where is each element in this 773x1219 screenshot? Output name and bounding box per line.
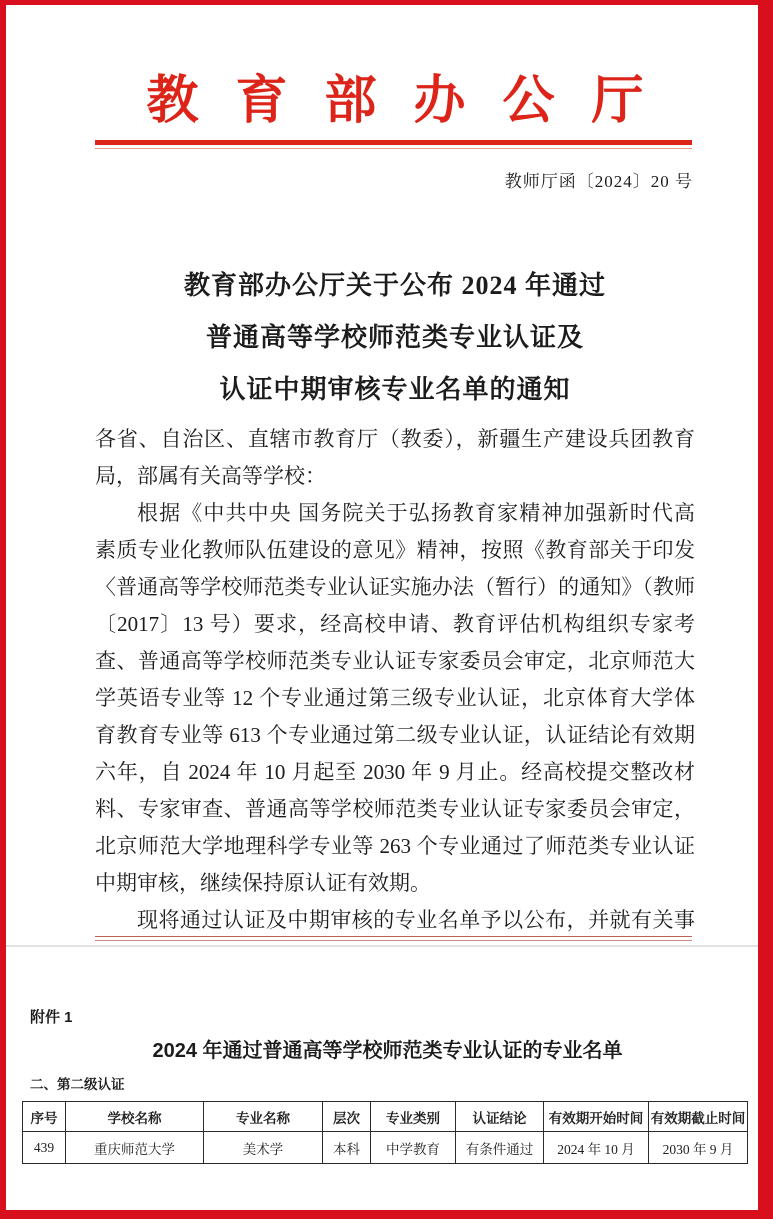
doc-number: 教师厅函〔2024〕20 号 <box>505 167 693 192</box>
cell-index: 439 <box>23 1132 66 1164</box>
page-footer-rule <box>95 936 692 941</box>
cell-major: 美术学 <box>204 1132 323 1164</box>
document-page: 教 育 部 办 公 厅 教师厅函〔2024〕20 号 教育部办公厅关于公布 20… <box>0 0 773 1219</box>
certification-table: 序号 学校名称 专业名称 层次 专业类别 认证结论 有效期开始时间 有效期截止时… <box>22 1101 748 1164</box>
body-line: 根据《中共中央 国务院关于弘扬教育家精神加强新时代高 <box>95 495 695 532</box>
page-frame-right <box>758 0 773 1219</box>
cell-level: 本科 <box>323 1132 371 1164</box>
notice-title-line-1: 教育部办公厅关于公布 2024 年通过 <box>85 260 705 312</box>
col-header-major: 专业名称 <box>204 1102 323 1132</box>
body-line: 查、普通高等学校师范类专业认证专家委员会审定，北京师范大 <box>95 643 695 680</box>
notice-title-line-2: 普通高等学校师范类专业认证及 <box>85 312 705 364</box>
page-frame-bottom <box>0 1210 773 1219</box>
body-line: 中期审核，继续保持原认证有效期。 <box>95 865 695 902</box>
body-line: 〈普通高等学校师范类专业认证实施办法（暂行）的通知》（教师 <box>95 569 695 606</box>
notice-title: 教育部办公厅关于公布 2024 年通过 普通高等学校师范类专业认证及 认证中期审… <box>85 260 705 416</box>
col-header-level: 层次 <box>323 1102 371 1132</box>
body-line: 育教育专业等 613 个专业通过第二级专业认证，认证结论有效期 <box>95 717 695 754</box>
attachment-section-heading: 二、第二级认证 <box>30 1073 125 1093</box>
letterhead-rule <box>95 140 692 149</box>
col-header-school: 学校名称 <box>66 1102 204 1132</box>
cell-category: 中学教育 <box>371 1132 456 1164</box>
body-line: 素质专业化教师队伍建设的意见》精神，按照《教育部关于印发 <box>95 532 695 569</box>
body-line: 料、专家审查、普通高等学校师范类专业认证专家委员会审定， <box>95 791 695 828</box>
attachment-title: 2024 年通过普通高等学校师范类专业认证的专业名单 <box>30 1034 745 1063</box>
col-header-index: 序号 <box>23 1102 66 1132</box>
notice-body: 各省、自治区、直辖市教育厅（教委），新疆生产建设兵团教育 局，部属有关高等学校：… <box>95 421 695 939</box>
page-break-divider <box>6 945 758 947</box>
body-line: 北京师范大学地理科学专业等 263 个专业通过了师范类专业认证 <box>95 828 695 865</box>
table-header-row: 序号 学校名称 专业名称 层次 专业类别 认证结论 有效期开始时间 有效期截止时… <box>23 1102 748 1132</box>
body-line: 六年，自 2024 年 10 月起至 2030 年 9 月止。经高校提交整改材 <box>95 754 695 791</box>
attachment-label: 附件 1 <box>30 1006 73 1027</box>
col-header-valid-start: 有效期开始时间 <box>544 1102 649 1132</box>
cell-conclusion: 有条件通过 <box>456 1132 544 1164</box>
cell-school: 重庆师范大学 <box>66 1132 204 1164</box>
cell-valid-end: 2030 年 9 月 <box>649 1132 748 1164</box>
cell-valid-start: 2024 年 10 月 <box>544 1132 649 1164</box>
body-line: 局，部属有关高等学校： <box>95 458 695 495</box>
table-row: 439 重庆师范大学 美术学 本科 中学教育 有条件通过 2024 年 10 月… <box>23 1132 748 1164</box>
body-line: 现将通过认证及中期审核的专业名单予以公布，并就有关事 <box>95 902 695 939</box>
notice-title-line-3: 认证中期审核专业名单的通知 <box>85 364 705 416</box>
page-frame-top <box>0 0 773 5</box>
letterhead-agency-name: 教 育 部 办 公 厅 <box>95 58 695 133</box>
col-header-valid-end: 有效期截止时间 <box>649 1102 748 1132</box>
body-line: 〔2017〕13 号）要求，经高校申请、教育评估机构组织专家考 <box>95 606 695 643</box>
body-line: 学英语专业等 12 个专业通过第三级专业认证，北京体育大学体 <box>95 680 695 717</box>
col-header-conclusion: 认证结论 <box>456 1102 544 1132</box>
col-header-category: 专业类别 <box>371 1102 456 1132</box>
body-line: 各省、自治区、直辖市教育厅（教委），新疆生产建设兵团教育 <box>95 421 695 458</box>
page-frame-left <box>0 0 6 1219</box>
